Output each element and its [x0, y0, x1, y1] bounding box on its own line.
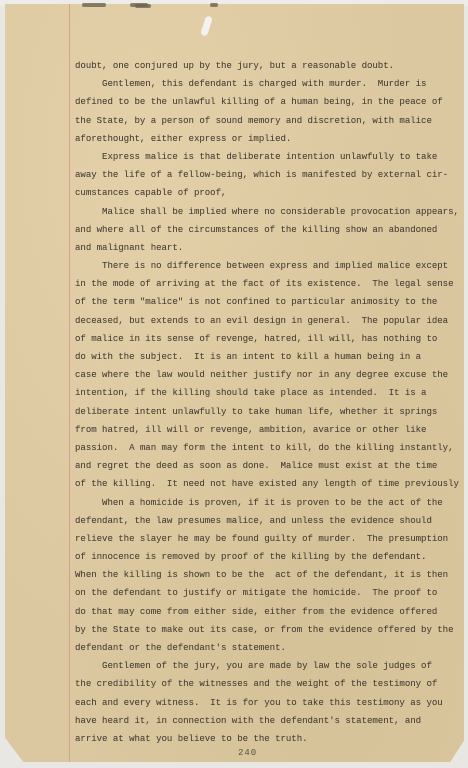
- page-number: 240: [238, 748, 257, 758]
- text-line: arrive at what you believe to be the tru…: [75, 730, 465, 748]
- text-line: the State, by a person of sound memory a…: [75, 112, 465, 130]
- top-edge-smudge: [135, 4, 151, 8]
- text-line: passion. A man may form the intent to ki…: [75, 439, 465, 457]
- text-line: and malignant heart.: [75, 239, 465, 257]
- text-line: Malice shall be implied where no conside…: [75, 203, 465, 221]
- text-line: of the killing. It need not have existed…: [75, 475, 465, 493]
- text-line: case where the law would neither justify…: [75, 366, 465, 384]
- text-line: relieve the slayer he may be found guilt…: [75, 530, 465, 548]
- top-edge-smudge: [82, 3, 106, 7]
- text-line: defendant, the law presumes malice, and …: [75, 512, 465, 530]
- text-line: cumstances capable of proof,: [75, 184, 465, 202]
- text-line: Gentlemen, this defendant is charged wit…: [75, 75, 465, 93]
- text-line: each and every witness. It is for you to…: [75, 694, 465, 712]
- text-line: do that may come from either side, eithe…: [75, 603, 465, 621]
- text-line: Express malice is that deliberate intent…: [75, 148, 465, 166]
- text-line: have heard it, in connection with the de…: [75, 712, 465, 730]
- text-line: away the life of a fellow-being, which i…: [75, 166, 465, 184]
- left-margin-rule: [69, 4, 70, 762]
- text-line: When the killing is shown to be the act …: [75, 566, 465, 584]
- text-line: deceased, but extends to an evil design …: [75, 312, 465, 330]
- text-line: from hatred, ill will or revenge, ambiti…: [75, 421, 465, 439]
- text-line: Gentlemen of the jury, you are made by l…: [75, 657, 465, 675]
- text-line: There is no difference between express a…: [75, 257, 465, 275]
- text-line: and regret the deed as soon as done. Mal…: [75, 457, 465, 475]
- text-line: defendant or the defendant's statement.: [75, 639, 465, 657]
- text-line: When a homicide is proven, if it is prov…: [75, 494, 465, 512]
- text-line: aforethought, either express or implied.: [75, 130, 465, 148]
- text-line: of the term "malice" is not confined to …: [75, 293, 465, 311]
- text-line: in the mode of arriving at the fact of i…: [75, 275, 465, 293]
- text-line: by the State to make out its case, or fr…: [75, 621, 465, 639]
- text-line: the credibility of the witnesses and the…: [75, 675, 465, 693]
- text-line: of malice in its sense of revenge, hatre…: [75, 330, 465, 348]
- top-edge-smudge: [210, 3, 218, 7]
- document-body: doubt, one conjured up by the jury, but …: [75, 57, 465, 748]
- text-line: defined to be the unlawful killing of a …: [75, 93, 465, 111]
- text-line: of innocence is removed by proof of the …: [75, 548, 465, 566]
- text-line: do with the subject. It is an intent to …: [75, 348, 465, 366]
- text-line: on the defendant to justify or mitigate …: [75, 584, 465, 602]
- text-line: deliberate intent unlawfully to take hum…: [75, 403, 465, 421]
- text-line: intention, if the killing should take pl…: [75, 384, 465, 402]
- text-line: and where all of the circumstances of th…: [75, 221, 465, 239]
- text-line: doubt, one conjured up by the jury, but …: [75, 57, 465, 75]
